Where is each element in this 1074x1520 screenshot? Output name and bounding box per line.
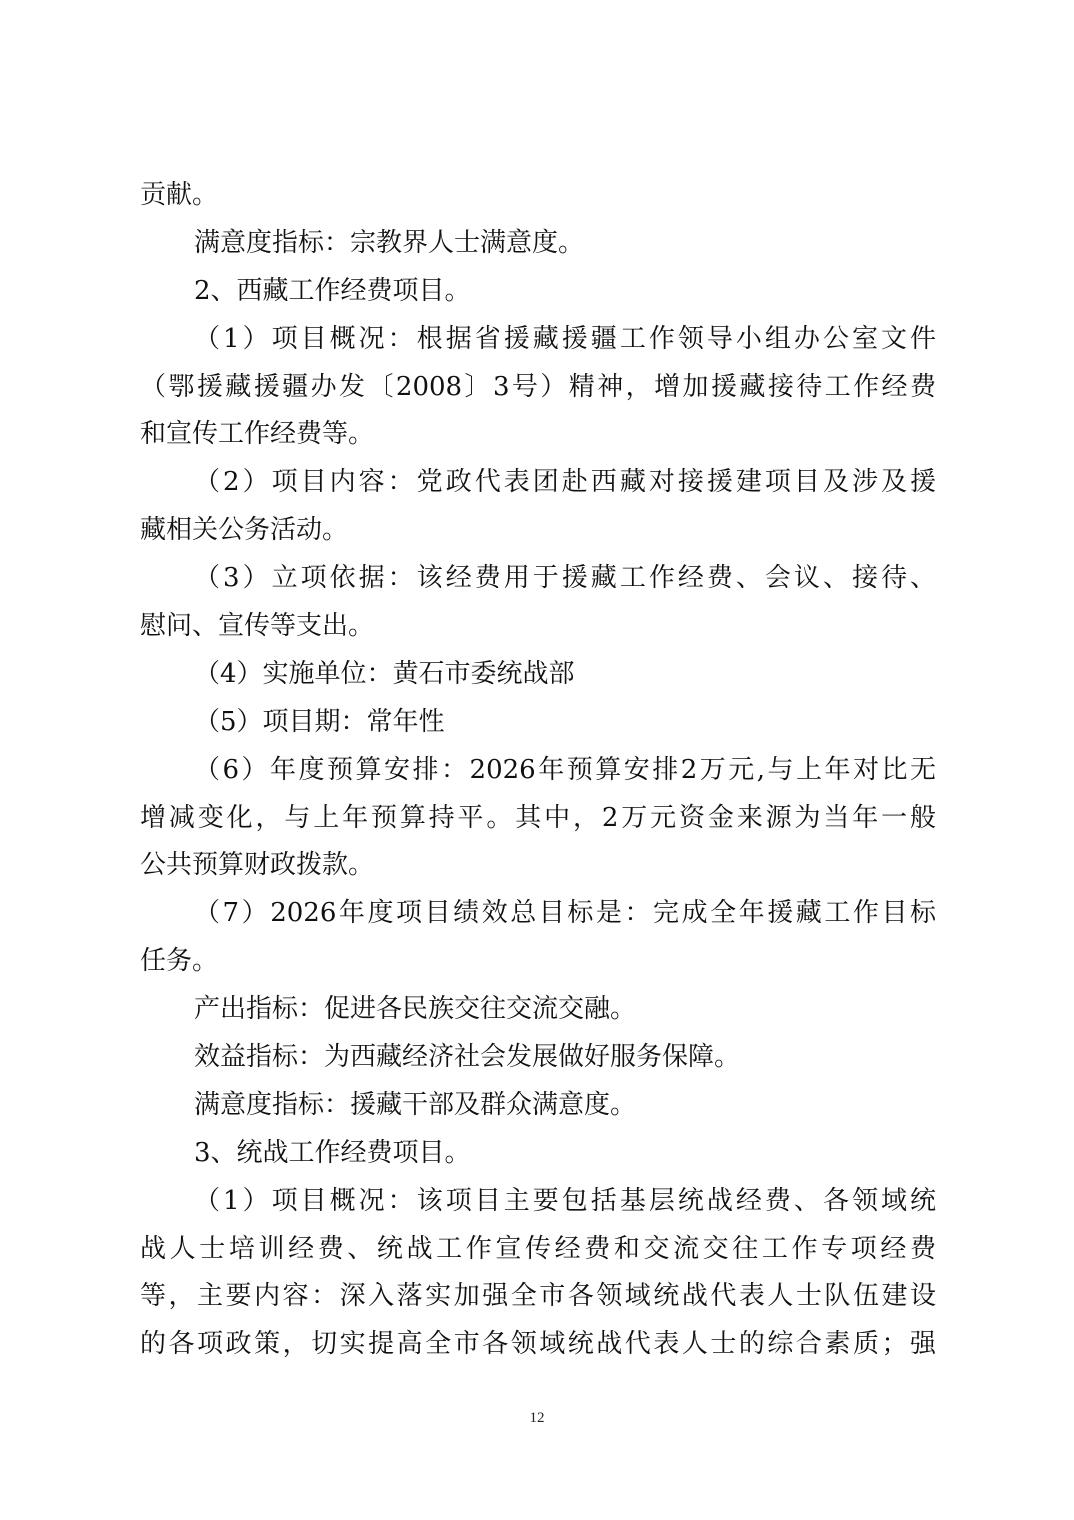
text-line: （2）项目内容：党政代表团赴西藏对接援建项目及涉及援 [140,459,936,507]
text-line: （6）年度预算安排：2026年预算安排2万元,与上年对比无 [140,747,936,795]
text-line: （4）实施单位：黄石市委统战部 [140,651,936,699]
text-line: 产出指标：促进各民族交往交流交融。 [140,986,936,1034]
body-text: 贡献。 满意度指标：宗教界人士满意度。 2、西藏工作经费项目。 （1）项目概况：… [140,172,936,1369]
text-line: （1）项目概况：根据省援藏援疆工作领导小组办公室文件 [140,316,936,364]
text-line: 增减变化，与上年预算持平。其中，2万元资金来源为当年一般 [140,795,936,843]
text-line: （1）项目概况：该项目主要包括基层统战经费、各领域统 [140,1178,936,1226]
text-line: （5）项目期：常年性 [140,699,936,747]
section-heading: 3、统战工作经费项目。 [140,1130,936,1178]
text-line: 满意度指标：援藏干部及群众满意度。 [140,1082,936,1130]
page-number: 12 [0,1410,1074,1427]
text-line: 藏相关公务活动。 [140,507,936,555]
text-line: 满意度指标：宗教界人士满意度。 [140,220,936,268]
text-line: 和宣传工作经费等。 [140,411,936,459]
text-line: （3）立项依据：该经费用于援藏工作经费、会议、接待、 [140,555,936,603]
text-line: 任务。 [140,938,936,986]
document-page: 贡献。 满意度指标：宗教界人士满意度。 2、西藏工作经费项目。 （1）项目概况：… [0,0,1074,1520]
text-line: 贡献。 [140,172,936,220]
section-heading: 2、西藏工作经费项目。 [140,268,936,316]
text-line: 公共预算财政拨款。 [140,842,936,890]
text-line: 效益指标：为西藏经济社会发展做好服务保障。 [140,1034,936,1082]
text-line: 战人士培训经费、统战工作宣传经费和交流交往工作专项经费 [140,1226,936,1274]
text-line: （7）2026年度项目绩效总目标是：完成全年援藏工作目标 [140,890,936,938]
text-line: （鄂援藏援疆办发〔2008〕3号）精神，增加援藏接待工作经费 [140,364,936,412]
text-line: 慰问、宣传等支出。 [140,603,936,651]
text-line: 的各项政策，切实提高全市各领域统战代表人士的综合素质；强 [140,1321,936,1369]
text-line: 等，主要内容：深入落实加强全市各领域统战代表人士队伍建设 [140,1273,936,1321]
